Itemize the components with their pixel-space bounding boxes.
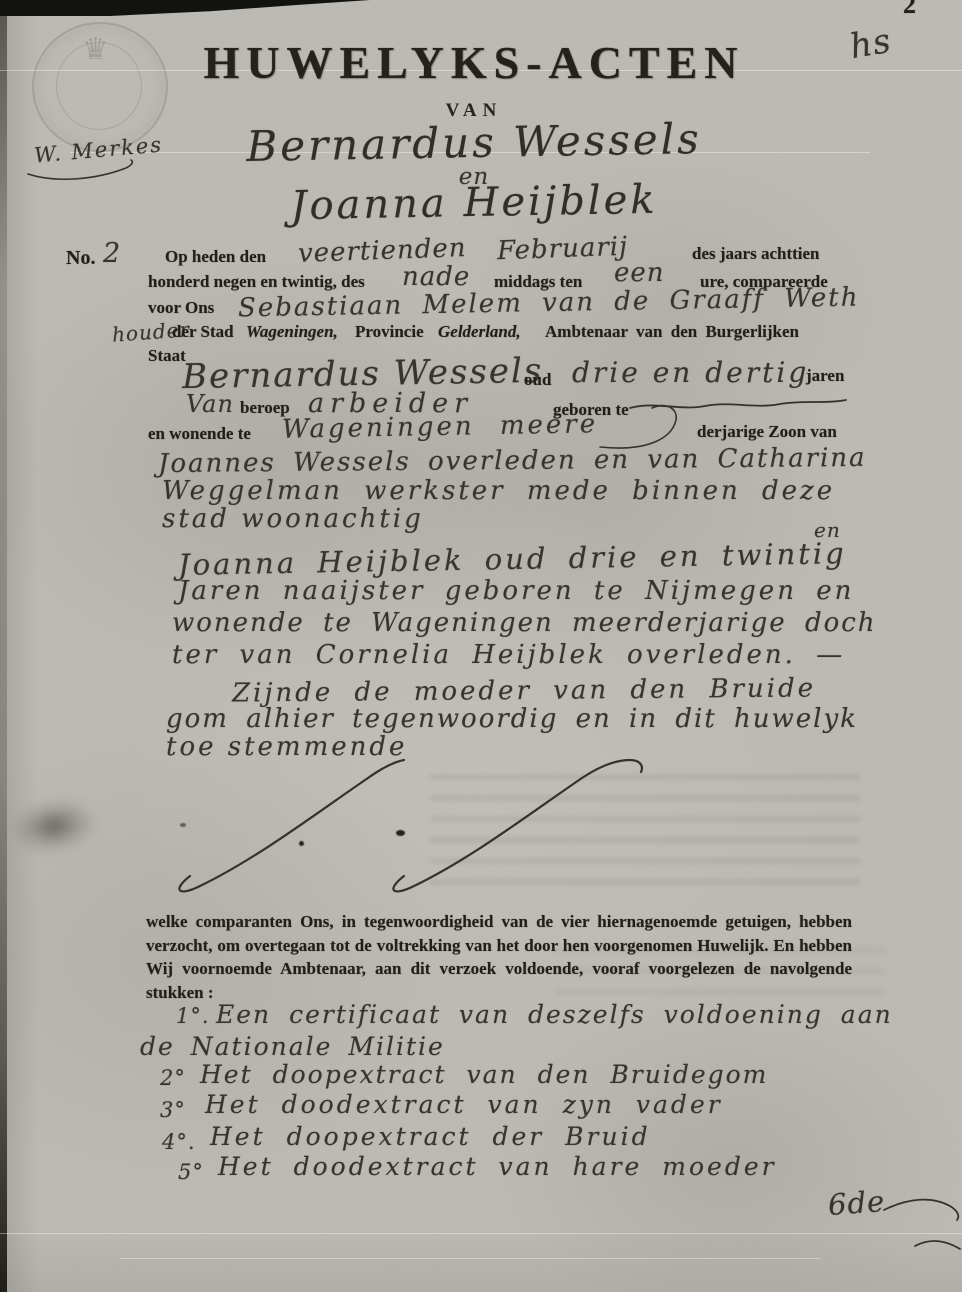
doc-4-number: 4°.	[162, 1130, 196, 1154]
document-page: ♛ 2 hs W. Merkes HUWELYKS-ACTEN VAN Bern…	[0, 0, 962, 1292]
act-number-value: 2	[103, 238, 121, 269]
opening-printed-8: Provincie	[355, 322, 424, 342]
seal-crown-icon: ♛	[82, 32, 109, 67]
bride-line4: ter van Cornelia Heijblek overleden. —	[172, 640, 845, 670]
doc-2-text: Het doopextract van den Bruidegom	[200, 1060, 768, 1089]
marriage-hour: een	[614, 258, 665, 288]
blank-strike-line	[630, 400, 846, 408]
label-oud: oud	[524, 370, 551, 390]
opening-printed-9: Ambtenaar van den Burgerlijken	[545, 322, 799, 342]
ink-speck	[299, 841, 304, 846]
document-title: HUWELYKS-ACTEN	[134, 36, 814, 89]
doc-1-number: 1°.	[176, 1004, 210, 1028]
groom-residence: Wageningen meere	[282, 409, 599, 445]
bride-line2: Jaren naaijster geboren te Nijmegen en	[178, 576, 854, 606]
doc-2-number: 2°	[160, 1066, 186, 1090]
groom-parents-line3: stad woonachtig	[162, 504, 424, 534]
act-number-label: No.	[66, 247, 95, 270]
bride-line3: wonende te Wageningen meerderjarige doch	[172, 608, 877, 638]
city-name: Wageningen,	[246, 322, 338, 342]
scan-edge-left	[0, 0, 7, 1292]
hand-van: Van	[186, 390, 234, 418]
opening-printed-3: honderd negen en twintig, des	[148, 272, 365, 292]
daypart: nade	[402, 262, 470, 292]
footer-mark-tail	[884, 1200, 958, 1220]
ink-bleedthrough	[430, 768, 860, 900]
ink-speck	[180, 823, 186, 827]
scan-edge-top	[0, 0, 400, 16]
opening-printed-7: der Stad	[172, 322, 234, 342]
ink-speck	[396, 830, 405, 836]
marriage-month: Februarij	[497, 232, 629, 267]
scratch-line	[120, 1258, 820, 1259]
corner-handwritten-mark: hs	[847, 21, 895, 68]
doc-4-text: Het doopextract der Bruid	[210, 1122, 651, 1151]
label-jaren: jaren	[806, 366, 844, 386]
opening-printed-2: des jaars achttien	[692, 244, 819, 264]
doc-3-text: Het doodextract van zyn vader	[205, 1090, 723, 1119]
doc-3-number: 3°	[160, 1098, 186, 1122]
label-zoon: derjarige Zoon van	[697, 422, 837, 442]
consent-line2: gom alhier tegenwoordig en in dit huwely…	[166, 704, 858, 734]
groom-parents-line2: Weggelman werkster mede binnen deze	[162, 476, 835, 506]
scratch-line	[0, 1233, 962, 1234]
footer-mark: 6de	[827, 1184, 886, 1222]
ink-smudge	[5, 792, 104, 860]
doc-5-number: 5°	[178, 1160, 204, 1184]
bride-line1: Joanna Heijblek oud drie en twintig	[178, 536, 847, 582]
request-paragraph: welke comparanten Ons, in tegenwoordighe…	[146, 910, 852, 1004]
opening-printed-6: voor Ons	[148, 298, 214, 318]
label-wonende: en wonende te	[148, 424, 251, 444]
doc-1-text-cont: de Nationale Militie	[140, 1032, 445, 1061]
groom-parents-line1: Joannes Wessels overleden en van Cathari…	[158, 443, 867, 479]
groom-age: drie en dertig	[572, 356, 809, 389]
page-number: 2	[903, 0, 916, 20]
doc-1-text: Een certificaat van deszelfs voldoening …	[216, 1000, 893, 1029]
consent-line3: toe stemmende	[166, 732, 407, 762]
spacer-flourish-1	[179, 760, 404, 891]
doc-5-text: Het doodextract van hare moeder	[218, 1152, 777, 1181]
opening-printed-1: Op heden den	[165, 247, 266, 267]
edge-pen-stroke	[915, 1241, 960, 1249]
province-name: Gelderland,	[438, 322, 521, 342]
opening-printed-10: Staat	[148, 346, 186, 366]
